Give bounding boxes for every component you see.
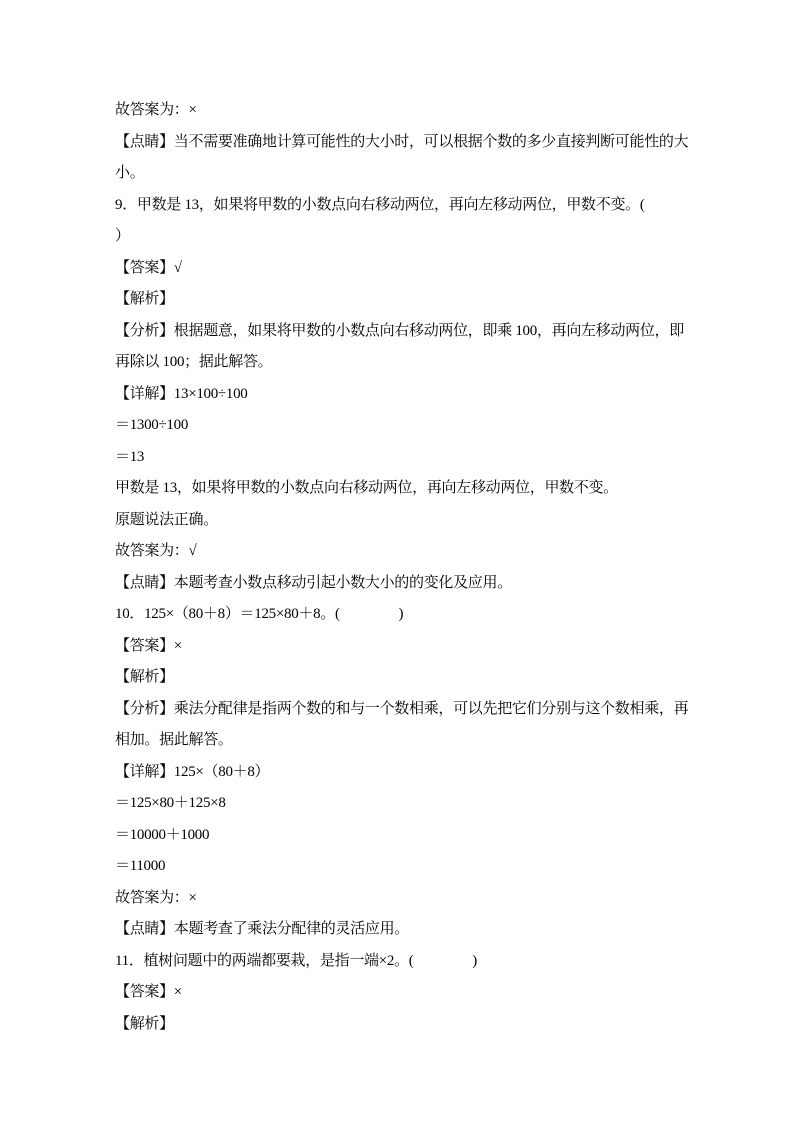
q11-question: 11．植树问题中的两端都要栽，是指一端×2。( ): [115, 946, 714, 978]
document-page: 故答案为：× 【点睛】当不需要准确地计算可能性的大小时，可以根据个数的多少直接判…: [0, 0, 794, 1123]
q10-analysis-header: 【解析】: [115, 662, 714, 694]
q10-solution-expression: 【详解】125×（80＋8）: [115, 757, 714, 789]
q9-analysis-line-1: 【分析】根据题意，如果将甲数的小数点向右移动两位，即乘 100，再向左移动两位，…: [115, 316, 714, 348]
q9-solution-verdict: 原题说法正确。: [115, 505, 714, 537]
q9-solution-expression: 【详解】13×100÷100: [115, 379, 714, 411]
q10-question: 10．125×（80＋8）＝125×80＋8。( ): [115, 599, 714, 631]
q9-answer: 【答案】√: [115, 253, 714, 285]
q11-answer: 【答案】×: [115, 977, 714, 1009]
q10-solution-step-3: ＝11000: [115, 851, 714, 883]
q10-tip: 【点睛】本题考查了乘法分配律的灵活应用。: [115, 914, 714, 946]
q9-question-line-2: ）: [115, 221, 714, 253]
q9-analysis-header: 【解析】: [115, 284, 714, 316]
q10-solution-step-1: ＝125×80＋125×8: [115, 788, 714, 820]
q10-analysis-line-1: 【分析】乘法分配律是指两个数的和与一个数相乘，可以先把它们分别与这个数相乘，再: [115, 694, 714, 726]
q10-analysis-line-2: 相加。据此解答。: [115, 725, 714, 757]
q8-tip-line-2: 小。: [115, 158, 714, 190]
q10-answer: 【答案】×: [115, 631, 714, 663]
q9-question-line-1: 9．甲数是 13，如果将甲数的小数点向右移动两位，再向左移动两位，甲数不变。(: [115, 190, 714, 222]
q10-answer-statement: 故答案为：×: [115, 883, 714, 915]
q8-answer-statement: 故答案为：×: [115, 95, 714, 127]
q9-answer-statement: 故答案为：√: [115, 536, 714, 568]
q9-solution-step-2: ＝13: [115, 442, 714, 474]
q9-solution-restate: 甲数是 13，如果将甲数的小数点向右移动两位，再向左移动两位，甲数不变。: [115, 473, 714, 505]
q8-tip-line-1: 【点睛】当不需要准确地计算可能性的大小时，可以根据个数的多少直接判断可能性的大: [115, 127, 714, 159]
q10-solution-step-2: ＝10000＋1000: [115, 820, 714, 852]
q9-solution-step-1: ＝1300÷100: [115, 410, 714, 442]
q9-analysis-line-2: 再除以 100；据此解答。: [115, 347, 714, 379]
q11-analysis-header: 【解析】: [115, 1009, 714, 1041]
q9-tip: 【点睛】本题考查小数点移动引起小数大小的的变化及应用。: [115, 568, 714, 600]
